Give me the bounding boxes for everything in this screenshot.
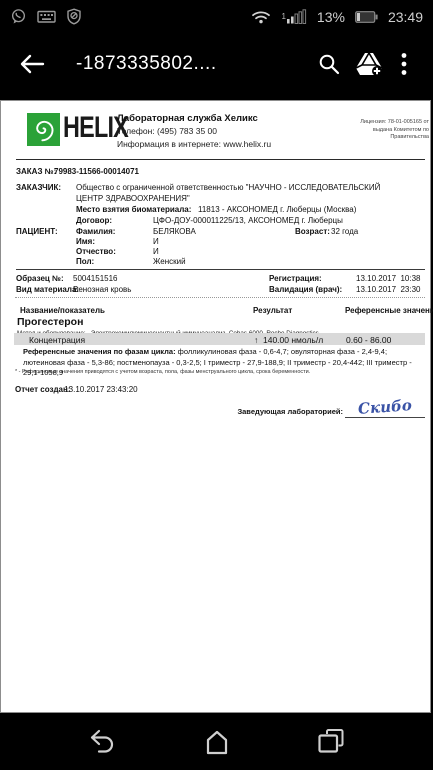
phases-label: Референсные значения по фазам цикла:	[23, 347, 176, 356]
nav-recents-button[interactable]	[309, 720, 353, 764]
sample-divider	[16, 269, 425, 270]
material-value: Венозная кровь	[73, 285, 131, 294]
clock: 23:49	[388, 9, 423, 25]
sim-slot-number: 1	[281, 12, 285, 24]
helix-logo-icon	[27, 113, 60, 146]
signature-line: Скибо	[345, 398, 425, 418]
nav-back-button[interactable]	[80, 720, 124, 764]
header-divider	[16, 159, 425, 160]
col-result-header: Результат	[253, 306, 292, 315]
material-label: Вид материала:	[16, 285, 79, 294]
license-line: Лицензия: 78-01-005165 от	[304, 119, 429, 127]
results-top-divider	[15, 297, 425, 298]
firstname-label: Имя:	[76, 237, 95, 246]
patronymic-label: Отчество:	[76, 247, 116, 256]
status-bar: 1 13% 23:49	[0, 0, 433, 33]
sample-id-line: Образец №: 5004151516 Регистрация: 13.10…	[1, 274, 430, 285]
order-label: ЗАКАЗ №:	[16, 167, 56, 176]
app-toolbar: -1873335802....	[0, 33, 433, 95]
created-value: 13.10.2017 23:43:20	[62, 385, 138, 394]
whatsapp-icon	[10, 8, 27, 25]
patronymic-value: И	[153, 247, 159, 256]
license-line: Правительства	[304, 134, 429, 142]
contract-line: Договор: ЦФО-ДОУ-000011225/13, АКСОНОМЕД…	[1, 216, 430, 227]
reference-footnote: * - Референсные значения приводятся с уч…	[15, 369, 421, 375]
sex-value: Женский	[153, 257, 186, 266]
handwritten-signature: Скибо	[358, 396, 413, 418]
lab-name: Лабораторная служба Хеликс	[117, 112, 271, 125]
sample-material-line: Вид материала: Венозная кровь Валидация …	[1, 285, 430, 296]
customer-name-1: Общество с ограниченной ответственностью…	[76, 183, 380, 192]
nav-home-button[interactable]	[195, 720, 239, 764]
document-title: -1873335802....	[76, 53, 309, 75]
validation-label: Валидация (врач):	[269, 285, 342, 294]
signature-block: Заведующая лабораторией: Скибо	[237, 398, 425, 418]
keyboard-icon	[37, 9, 56, 24]
search-button[interactable]	[309, 44, 349, 84]
overflow-menu-button[interactable]	[389, 44, 419, 84]
validation-value: 13.10.2017 23:30	[356, 285, 421, 294]
surname-label: Фамилия:	[76, 227, 115, 236]
order-value: 79983-11566-00014071	[54, 167, 139, 176]
col-ref-header: Референсные значения *	[345, 306, 433, 315]
result-parameter: Концентрация	[29, 335, 85, 345]
license-line: выдана Комитетом по	[304, 127, 429, 135]
customer-line-2: ЦЕНТР ЗДРАВООХРАНЕНИЯ"	[1, 194, 430, 205]
add-to-drive-button[interactable]	[349, 44, 389, 84]
contract-value: ЦФО-ДОУ-000011225/13, АКСОНОМЕД г. Любер…	[153, 216, 343, 225]
shield-block-icon	[66, 8, 82, 25]
order-number-line: ЗАКАЗ №: 79983-11566-00014071	[1, 167, 430, 178]
sex-label: Пол:	[76, 257, 94, 266]
lab-contact-block: Лабораторная служба Хеликс Телефон: (495…	[117, 112, 271, 151]
report-created-line: Отчет создан: 13.10.2017 23:43:20	[1, 385, 430, 396]
signature-label: Заведующая лабораторией:	[237, 407, 343, 418]
registration-value: 13.10.2017 10:38	[356, 274, 421, 283]
battery-icon	[355, 11, 378, 23]
lab-header: HELIX Лабораторная служба Хеликс Телефон…	[27, 110, 430, 158]
pdf-page[interactable]: HELIX Лабораторная служба Хеликс Телефон…	[0, 100, 431, 713]
lab-phone: Телефон: (495) 783 35 00	[117, 125, 271, 138]
sample-id-value: 5004151516	[73, 274, 118, 283]
result-flag-high: ↑	[254, 335, 258, 345]
wifi-icon	[251, 9, 271, 25]
customer-label: ЗАКАЗЧИК:	[16, 183, 61, 192]
firstname-value: И	[153, 237, 159, 246]
place-value: 11813 - АКСОНОМЕД г. Люберцы (Москва)	[198, 205, 356, 214]
customer-name-2: ЦЕНТР ЗДРАВООХРАНЕНИЯ"	[76, 194, 190, 203]
result-reference: 0.60 - 86.00	[346, 335, 391, 345]
age-value: 32 года	[331, 227, 358, 236]
result-row: Концентрация ↑ 140.00 нмоль/л 0.60 - 86.…	[14, 333, 425, 345]
cell-signal-icon: 1	[281, 9, 306, 24]
status-system-icons: 1 13% 23:49	[251, 9, 423, 25]
result-value: 140.00 нмоль/л	[263, 335, 323, 345]
sample-id-label: Образец №:	[16, 274, 64, 283]
patient-label: ПАЦИЕНТ:	[16, 227, 58, 236]
biomaterial-place-line: Место взятия биоматериала: 11813 - АКСОН…	[1, 205, 430, 216]
license-block: Лицензия: 78-01-005165 от выдана Комитет…	[304, 119, 429, 142]
registration-label: Регистрация:	[269, 274, 322, 283]
contract-label: Договор:	[76, 216, 112, 225]
surname-value: БЕЛЯКОВА	[153, 227, 196, 236]
test-name: Прогестерон	[17, 316, 83, 328]
patient-sex-line: Пол: Женский	[1, 257, 430, 268]
place-label: Место взятия биоматериала:	[76, 205, 191, 214]
android-navbar	[0, 713, 433, 770]
col-name-header: Название/показатель	[20, 306, 105, 315]
battery-percent: 13%	[317, 9, 345, 25]
status-notification-icons	[10, 8, 82, 25]
customer-line-1: ЗАКАЗЧИК: Общество с ограниченной ответс…	[1, 183, 430, 194]
back-button[interactable]	[18, 44, 46, 84]
phone-screen: 1 13% 23:49 -1873335802....	[0, 0, 433, 770]
age-label: Возраст:	[295, 227, 330, 236]
lab-website: Информация в интернете: www.helix.ru	[117, 138, 271, 151]
